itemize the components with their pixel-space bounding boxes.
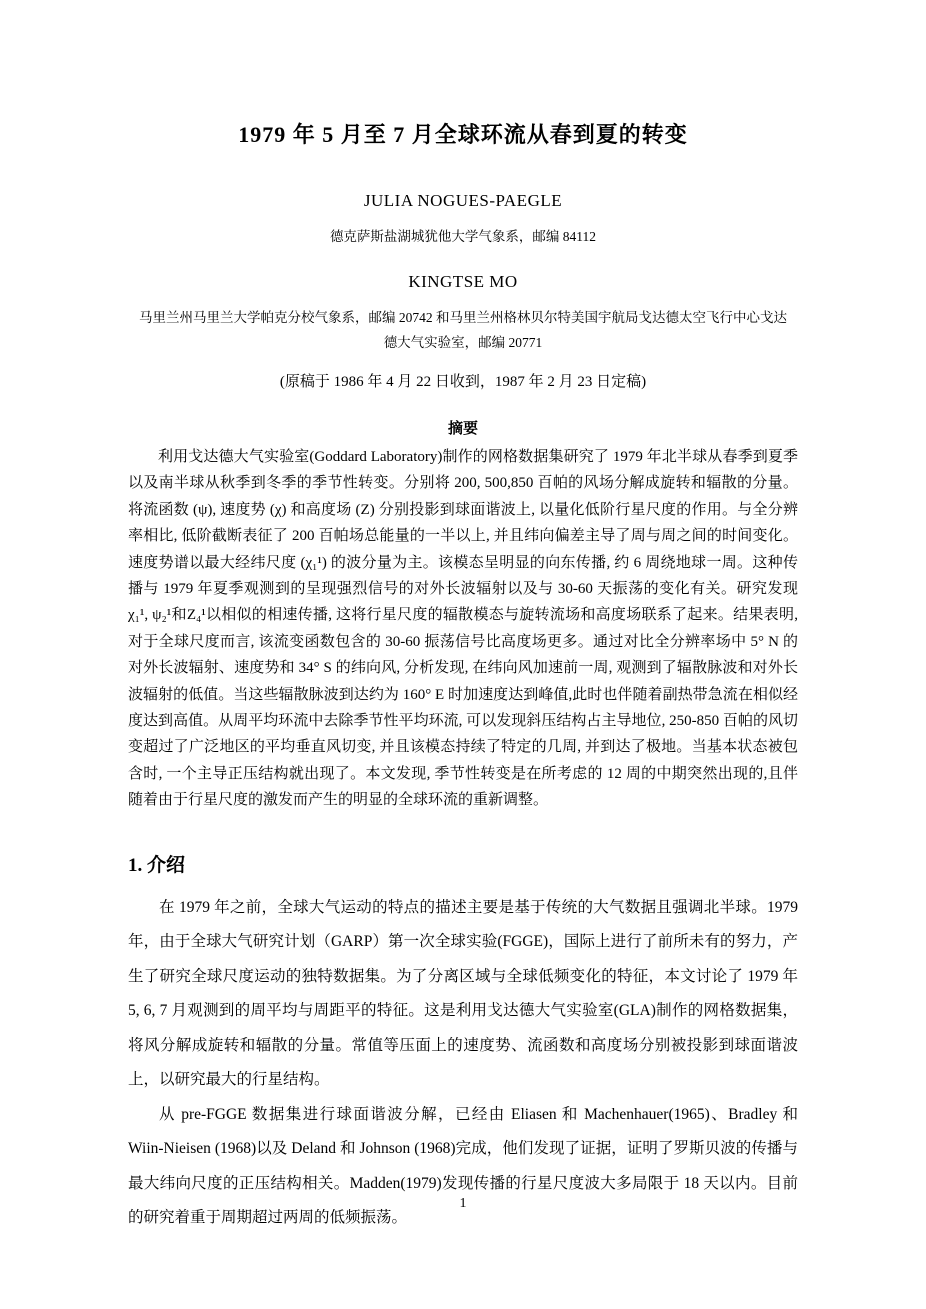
author-1-affiliation: 德克萨斯盐湖城犹他大学气象系，邮编 84112 — [128, 225, 798, 250]
intro-paragraph-1: 在 1979 年之前，全球大气运动的特点的描述主要是基于传统的大气数据且强调北半… — [128, 891, 798, 1098]
abstract-body: 利用戈达德大气实验室(Goddard Laboratory)制作的网格数据集研究… — [128, 444, 798, 814]
section-1-heading: 1. 介绍 — [128, 850, 798, 877]
manuscript-dateline: (原稿于 1986 年 4 月 22 日收到，1987 年 2 月 23 日定稿… — [128, 370, 798, 391]
author-1-name: JULIA NOGUES-PAEGLE — [128, 191, 798, 211]
document-page: 1979 年 5 月至 7 月全球环流从春到夏的转变 JULIA NOGUES-… — [0, 0, 926, 1309]
paper-title: 1979 年 5 月至 7 月全球环流从春到夏的转变 — [128, 0, 798, 149]
page-number: 1 — [0, 1196, 926, 1212]
author-2-name: KINGTSE MO — [128, 272, 798, 292]
abstract-heading: 摘要 — [128, 417, 798, 438]
page-content: 1979 年 5 月至 7 月全球环流从春到夏的转变 JULIA NOGUES-… — [128, 0, 798, 1236]
author-2-affiliation: 马里兰州马里兰大学帕克分校气象系，邮编 20742 和马里兰州格林贝尔特美国宇航… — [139, 306, 787, 356]
intro-paragraph-2: 从 pre-FGGE 数据集进行球面谐波分解，已经由 Eliasen 和 Mac… — [128, 1098, 798, 1236]
